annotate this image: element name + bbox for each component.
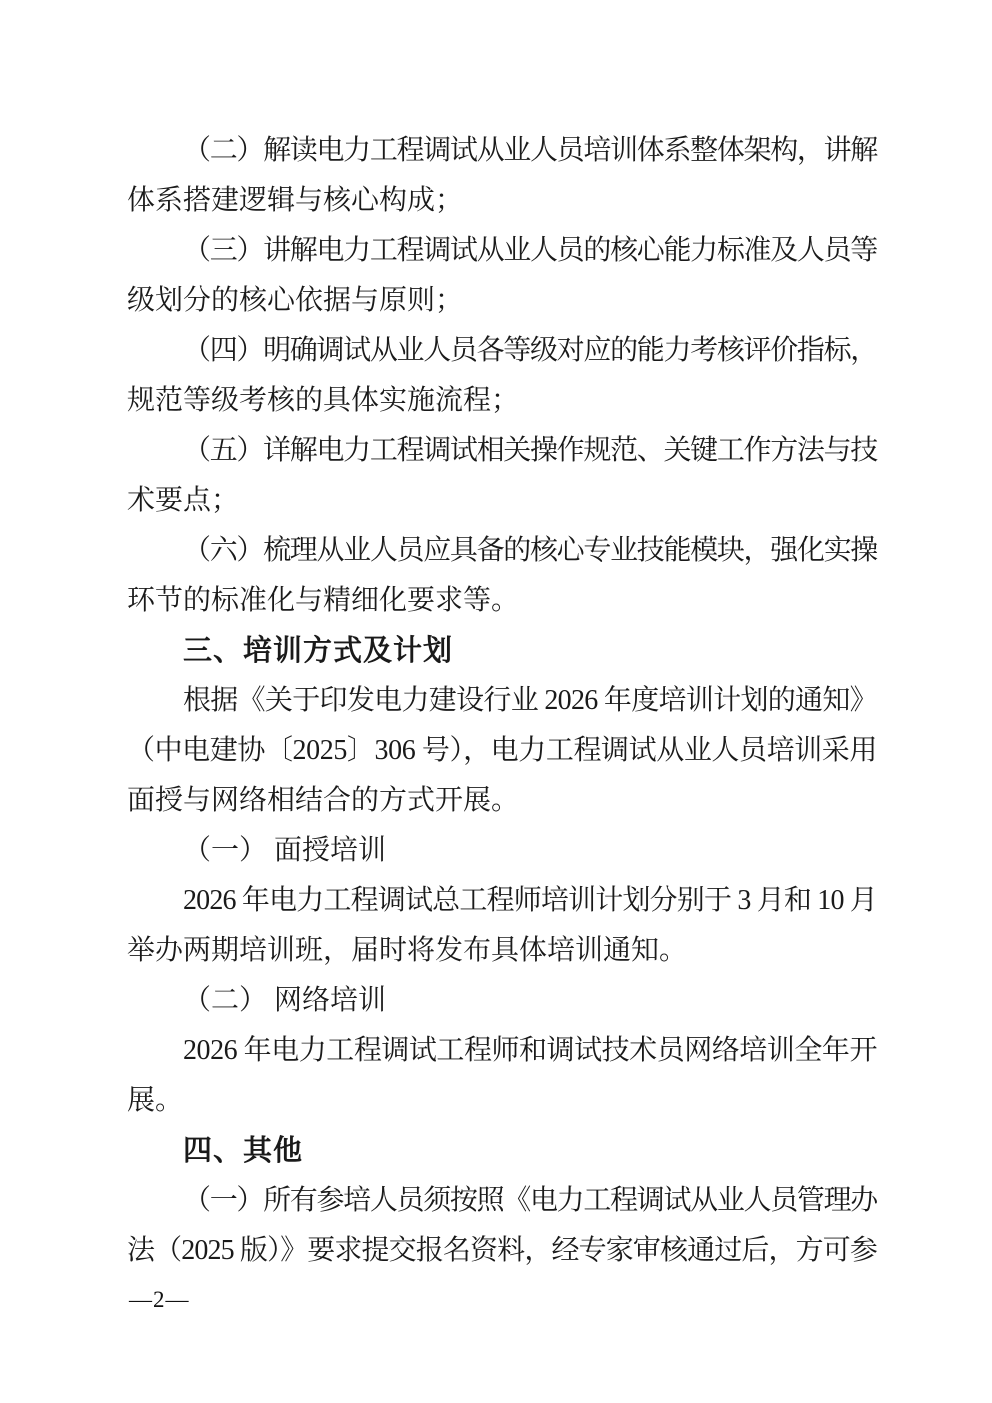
text-line: （一）所有参培人员须按照《电力工程调试从业人员管理办 [127,1176,877,1226]
text-line: 环节的标准化与精细化要求等。 [127,576,877,626]
text-line: 级划分的核心依据与原则； [127,276,877,326]
text-line: 展。 [127,1076,877,1126]
text-line: （中电建协〔2025〕306 号），电力工程调试从业人员培训采用 [127,726,877,776]
text-line: 2026 年电力工程调试总工程师培训计划分别于 3 月和 10 月 [127,876,877,926]
text-line: （六）梳理从业人员应具备的核心专业技能模块，强化实操 [127,526,877,576]
document-body: （二）解读电力工程调试从业人员培训体系整体架构，讲解体系搭建逻辑与核心构成；（三… [127,126,877,1276]
document-page: （二）解读电力工程调试从业人员培训体系整体架构，讲解体系搭建逻辑与核心构成；（三… [0,0,992,1403]
text-line: 法（2025 版）》要求提交报名资料，经专家审核通过后，方可参 [127,1226,877,1276]
text-line: 规范等级考核的具体实施流程； [127,376,877,426]
text-line: （二） 网络培训 [127,976,877,1026]
text-line: 体系搭建逻辑与核心构成； [127,176,877,226]
section-heading: 三、培训方式及计划 [127,626,877,676]
text-line: 根据《关于印发电力建设行业 2026 年度培训计划的通知》 [127,676,877,726]
text-line: 2026 年电力工程调试工程师和调试技术员网络培训全年开 [127,1026,877,1076]
text-line: （三）讲解电力工程调试从业人员的核心能力标准及人员等 [127,226,877,276]
text-line: （四）明确调试从业人员各等级对应的能力考核评价指标， [127,326,877,376]
text-line: 举办两期培训班，届时将发布具体培训通知。 [127,926,877,976]
text-line: （二）解读电力工程调试从业人员培训体系整体架构，讲解 [127,126,877,176]
page-number: —2— [129,1283,190,1317]
text-line: （一） 面授培训 [127,826,877,876]
text-line: 面授与网络相结合的方式开展。 [127,776,877,826]
text-line: （五）详解电力工程调试相关操作规范、关键工作方法与技 [127,426,877,476]
text-line: 术要点； [127,476,877,526]
section-heading: 四、其他 [127,1126,877,1176]
